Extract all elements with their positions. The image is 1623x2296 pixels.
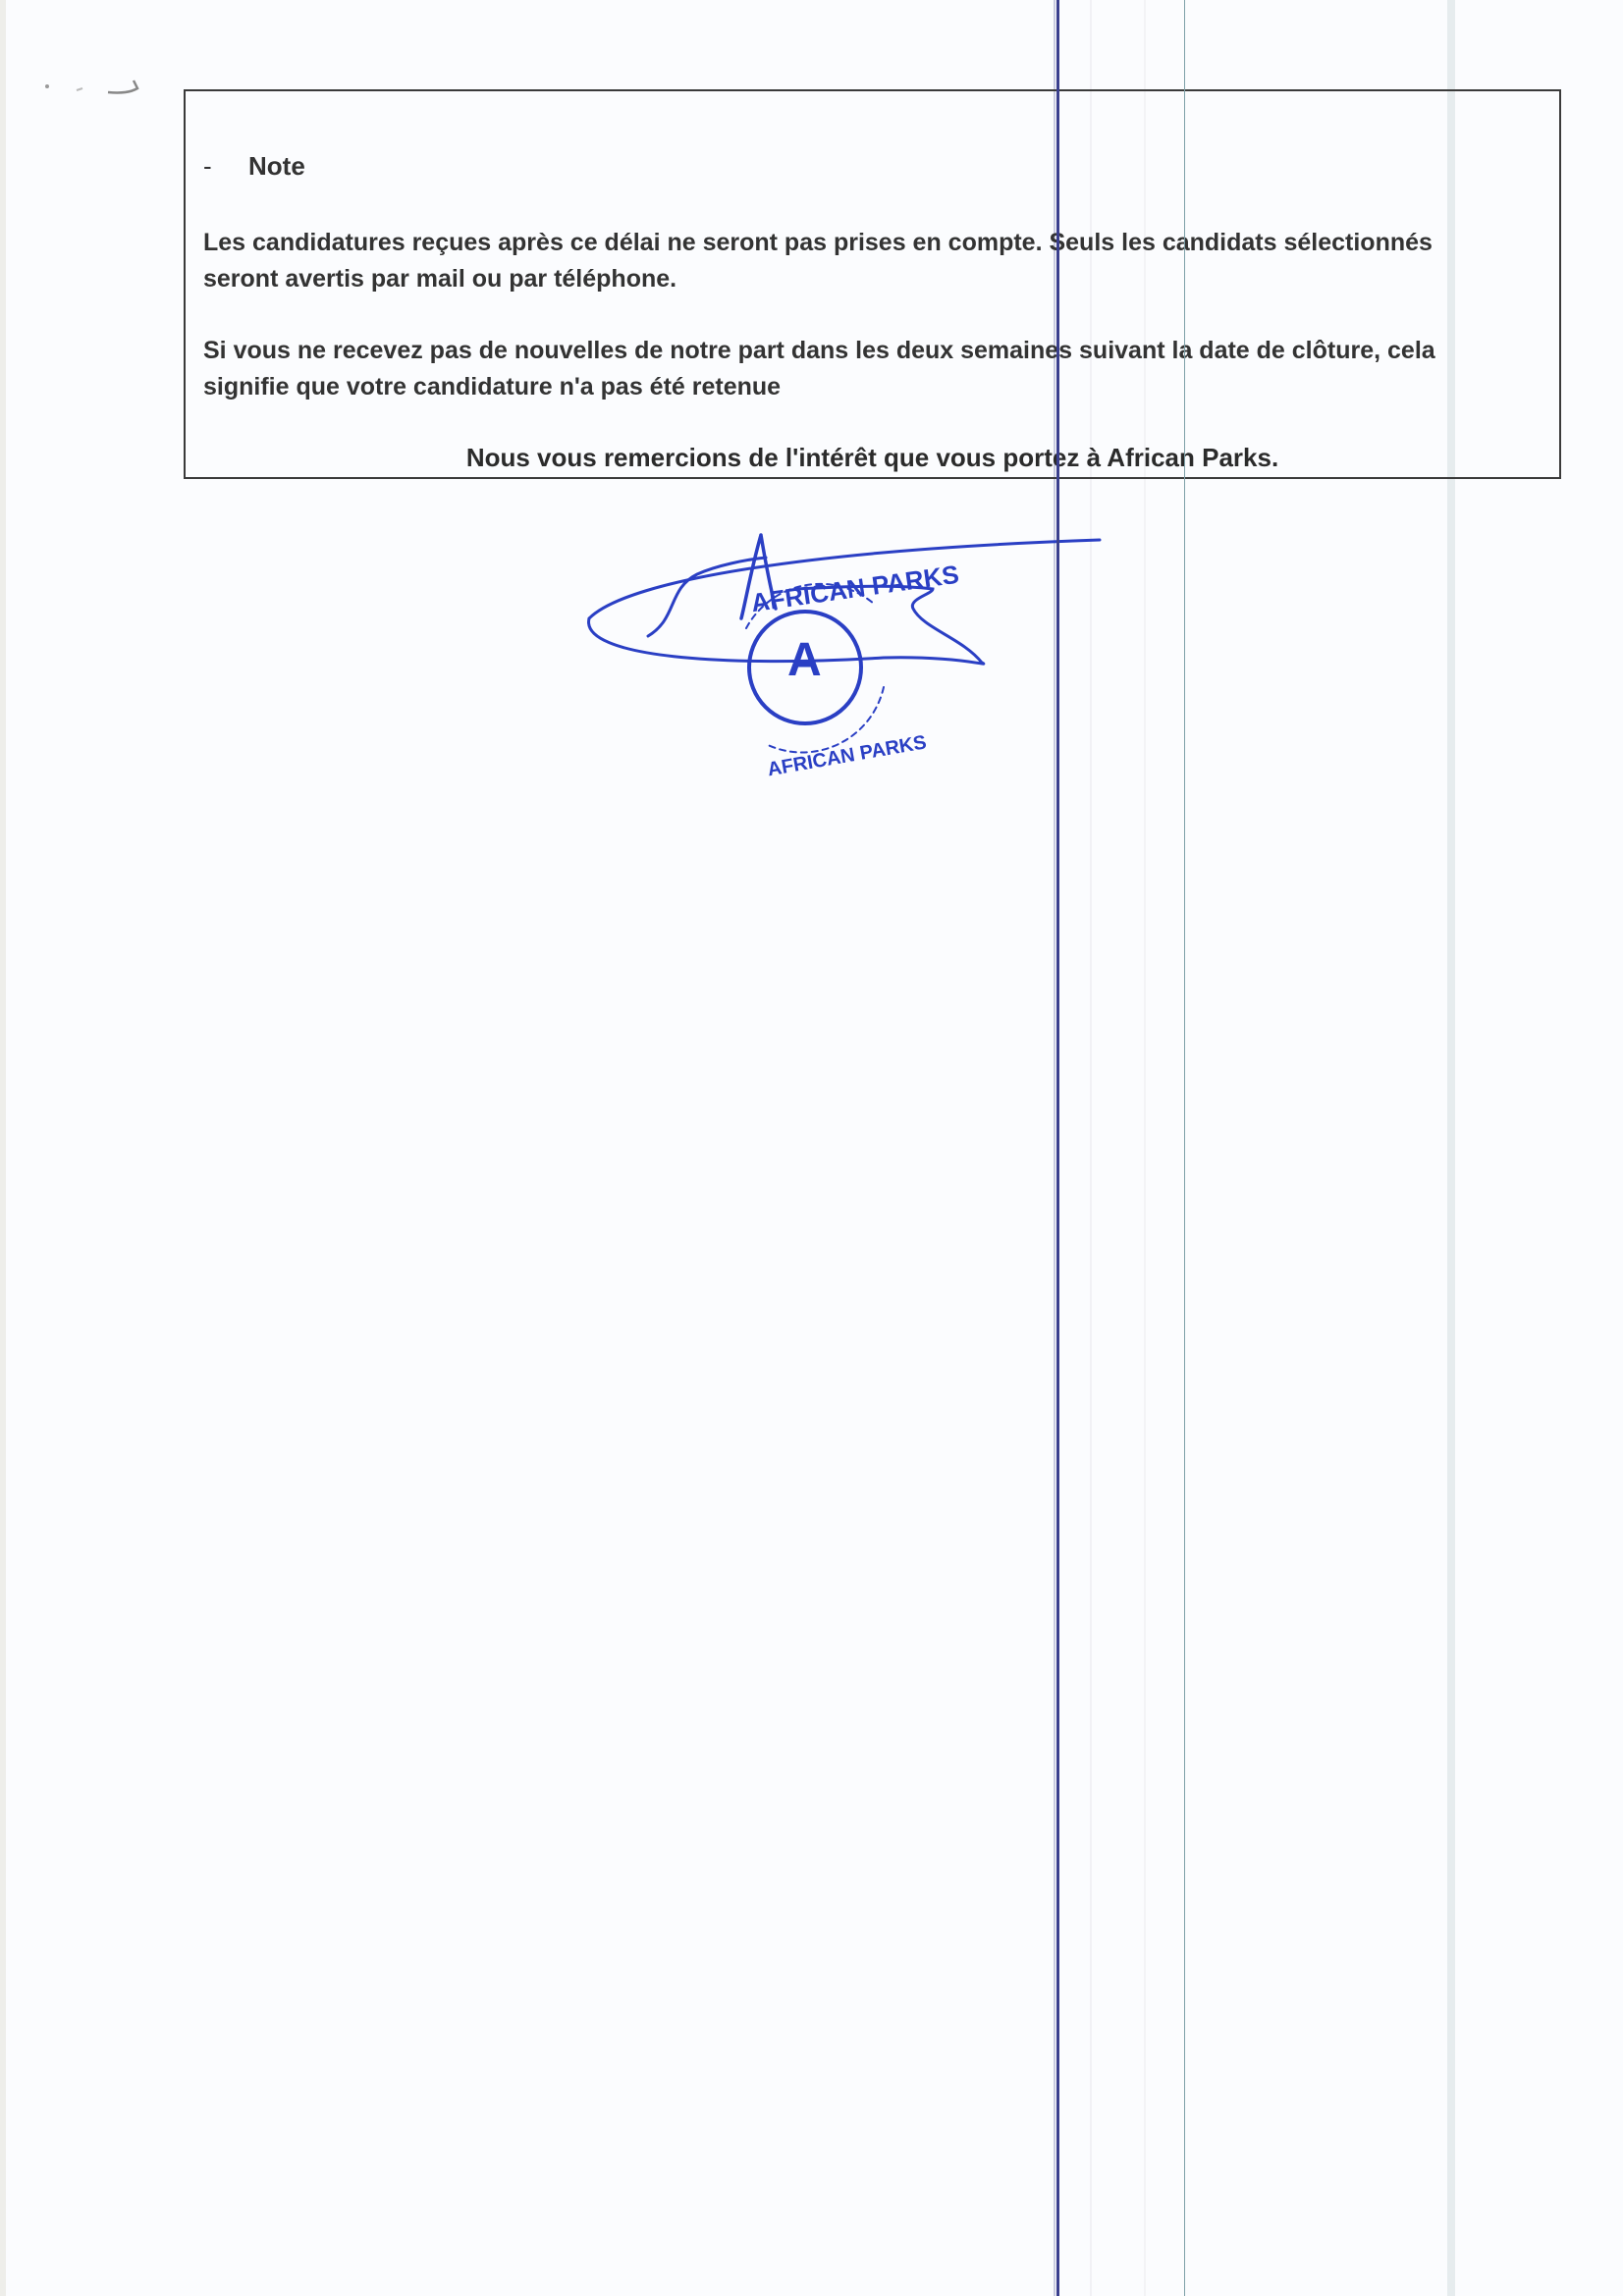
scan-line-artifact	[1056, 0, 1059, 2296]
bullet-dash: -	[203, 151, 248, 182]
note-paragraph-no-response: Si vous ne recevez pas de nouvelles de n…	[203, 333, 1539, 405]
signature-and-stamp: AFRICAN PARKS AFRICAN PARKS A	[569, 510, 1119, 805]
note-paragraph-deadline: Les candidatures reçues après ce délai n…	[203, 225, 1539, 297]
note-heading-text: Note	[248, 151, 305, 181]
stamp-center-letter: A	[787, 634, 822, 686]
closing-thanks: Nous vous remercions de l'intérêt que vo…	[184, 443, 1561, 473]
scanned-page: -Note Les candidatures reçues après ce d…	[0, 0, 1623, 2296]
note-heading: -Note	[203, 151, 305, 182]
scan-line-artifact	[1184, 0, 1185, 2296]
stamp-text-top: AFRICAN PARKS	[749, 560, 960, 617]
scan-edge-artifact	[0, 0, 6, 2296]
ink-smudge	[39, 71, 147, 98]
